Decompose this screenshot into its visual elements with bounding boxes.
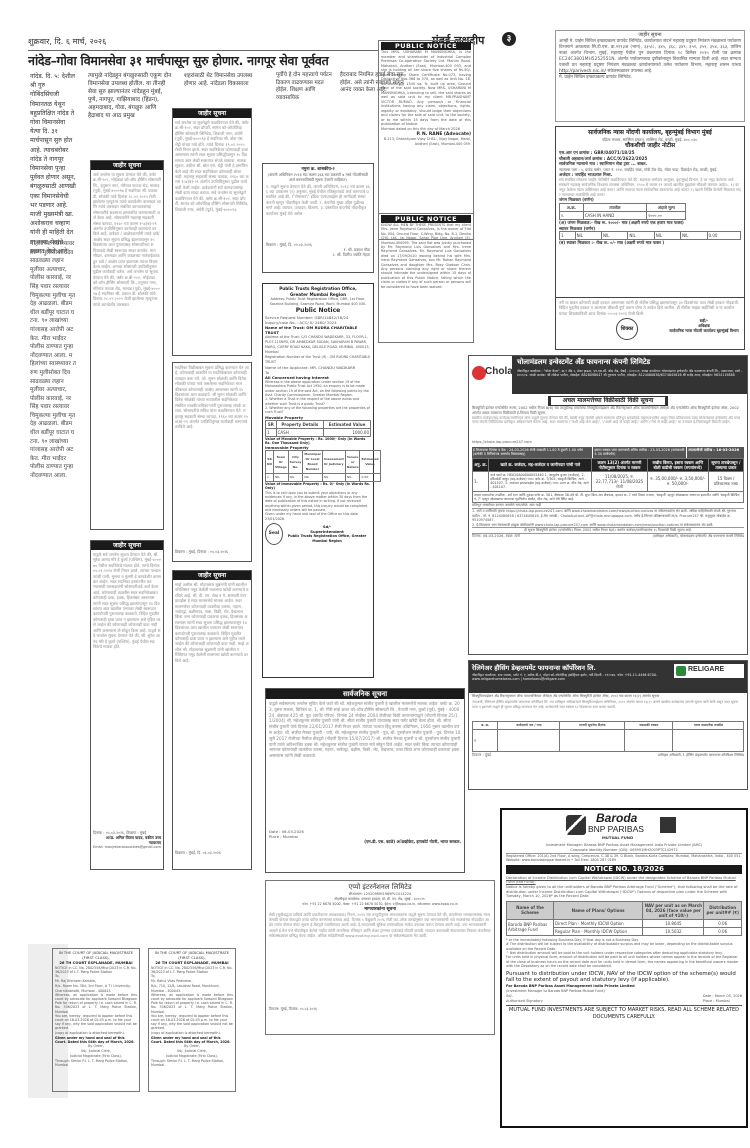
trust-marathi-movable-table: अ.क्र. तपशील अंदाजे मूल्य १. CASH IN HAN… bbox=[559, 203, 686, 220]
col-header: Property Details bbox=[276, 420, 323, 428]
plan-name: Direct Plan - Monthly IDCW Option bbox=[554, 919, 643, 927]
epl-body: सेबी (सूचीबद्धता दायित्वे आणि प्रकटीकरण … bbox=[269, 912, 491, 1007]
court-notice-number: NOTICE in CC. No. 2802558/Misc/2023 in C… bbox=[55, 966, 137, 974]
baroda-footnote-2: # The distribution will be subject to th… bbox=[506, 942, 742, 951]
col-header: अनु. क्र. bbox=[473, 458, 489, 471]
parivesh-link[interactable]: http://parivesh.nic.in/ bbox=[559, 69, 606, 74]
chola-website[interactable]: https://chola-lap.procure247.com bbox=[472, 440, 744, 445]
baroda-notice-text: Notice is hereby given to all the unitho… bbox=[506, 885, 742, 899]
court-address: R/o- Room No. 384, 3rd Floor, A T I Univ… bbox=[55, 984, 137, 992]
chola-body: खालील कर्जदार/सह-कर्जदार/जामीनदार यांना … bbox=[472, 416, 744, 440]
left-column-story: महिलांच्या स्वास्थ्यावर तरुण मुलीसोबत दि… bbox=[30, 240, 76, 870]
table-row: 1. कर्ज खाते क्र. HE01SA00000052440 1. आ… bbox=[473, 471, 744, 491]
notice-title: जाहीर सूचना bbox=[91, 161, 163, 170]
religare-logo-icon bbox=[676, 666, 686, 676]
cell: 1000.00 bbox=[323, 428, 370, 436]
cell: NIL bbox=[322, 474, 345, 482]
seal-stamp: शिक्का bbox=[616, 318, 638, 340]
public-notice-title: PUBLIC NOTICE bbox=[381, 215, 471, 223]
col-header: मागणी सूचनेचा दिनांक bbox=[560, 722, 625, 730]
form-subtitle: (कंपनी अधिनियम २०१३ च्या कलम ३६६ च्या प्… bbox=[263, 172, 373, 182]
nav-value: 10.5032 bbox=[643, 927, 704, 935]
baroda-declaration: Declaration of Income Distribution cum C… bbox=[506, 876, 742, 885]
notice-title: जाहीर सूचना bbox=[173, 109, 251, 118]
col-header: अ.क्र. bbox=[560, 203, 584, 211]
public-notice-body: KNOW ALL MEN BY THESE PRESENTS that my c… bbox=[381, 223, 471, 289]
baroda-place: Place : Mumbai bbox=[703, 999, 742, 1004]
col-header: NAV per unit as on March 04, 2026 (face … bbox=[643, 901, 704, 919]
notice-body: आम्ही मे. प्राईम सिविल इन्फ्राप्रकल्प प्… bbox=[559, 39, 741, 75]
public-notice-rane: PUBLIC NOTICE This MRS. USHARANI M MANSI… bbox=[378, 40, 474, 240]
notice-jahir-suchna-3: जाहीर सूचना सर्व जनतेस या सूचनेद्वारे कळ… bbox=[172, 108, 252, 356]
baroda-footnote-4: For units held in physical form, amount … bbox=[506, 955, 742, 968]
notice-jahir-suchna-4: सदनिका विक्रीबाबत सूचना प्रसिद्ध करण्यात… bbox=[172, 362, 252, 562]
trust-immovable-value: Value of Immovable Property : Rs. 0/- On… bbox=[265, 482, 371, 491]
trust-q2: 2. Whether any of the following properti… bbox=[265, 406, 371, 415]
trust-applicant: Name of the Applicant: MR. CHANDU WADKAR… bbox=[265, 365, 371, 370]
trust-marathi-signature-block: तरी या बाबत कोणाची काही हरकत असल्यास त्य… bbox=[555, 298, 745, 350]
trust-address-line: Address of the Trust: C/O CHANDU WADEKAR… bbox=[265, 335, 371, 355]
cell: १. bbox=[560, 211, 584, 219]
form-body: १. याद्वारे सूचना देण्यात येते की, कंपनी… bbox=[263, 182, 373, 242]
cell: 1 bbox=[266, 428, 277, 436]
baroda-brand-bottom: BNP PARIBAS bbox=[588, 824, 644, 834]
col-header: Name of the Scheme bbox=[507, 901, 554, 919]
sarvajanik-signatory: (एम.डी. एस. काळे) अॅडव्होकेट, हायकोर्ट न… bbox=[266, 839, 464, 844]
religare-footer-signer: प्राधिकृत अधिकारी, रे. हौसिंग डेव्हलपमें… bbox=[658, 753, 744, 758]
baroda-registered-office: Registered Office: 201(A) 2nd Floor, A w… bbox=[506, 854, 742, 863]
trust-public-notice: Public Trusts Registration Office, Great… bbox=[262, 283, 374, 678]
trust-movable-table: SR Property Details Estimated Value 1 CA… bbox=[265, 420, 371, 437]
notice-jahir-suchna-1: जाहीर सूचना अर्थ जनतेस या सूचना देण्यात … bbox=[90, 160, 164, 530]
court-through: Through: Senior P.I. L. T. Marg Police S… bbox=[55, 1059, 137, 1067]
lead-story-col3: शहरांसाठी थेट विमानसेवा उपलब्ध होणार आहे… bbox=[184, 72, 264, 88]
court-given: Given under my hand and seal of this Cou… bbox=[151, 1036, 233, 1044]
religare-logo: RELIGARE bbox=[674, 664, 744, 678]
notice-jahir-suchna-6: जाहीर सूचना माझे अशील श्री. मोहनलाल सुब्… bbox=[172, 570, 252, 870]
public-notice-title: PUBLIC NOTICE bbox=[381, 42, 471, 50]
epl-notice: एप्पो इंटरनॅशनल लिमिटेड सीआयएन: L25209MH… bbox=[265, 880, 495, 1035]
scheme-name: Baroda BNP Paribas Arbitrage Fund bbox=[507, 919, 554, 935]
chola-notice-title: अचल मालमत्तेच्या विक्रीसाठी विक्री सूचना bbox=[548, 396, 668, 406]
notice-body: सदनिका विक्रीबाबत सूचना प्रसिद्ध करण्यात… bbox=[173, 363, 251, 549]
col-header: तारण मालमत्तेचा तपशील bbox=[673, 722, 744, 730]
col-header: थकबाकी रक्कम bbox=[625, 722, 673, 730]
col-header: Estimated Value bbox=[360, 451, 380, 474]
col-header: City Survey No. bbox=[288, 451, 303, 474]
baroda-notice-no: NOTICE NO. 18/2026 bbox=[506, 865, 742, 874]
form-signatory-2: २. श्री. दिलीप ज्योति मेहता bbox=[263, 252, 373, 257]
cell: NIL bbox=[601, 232, 627, 240]
notice-signatory: अॅड. अनिल विजय यादव, वकील उच्च न्यायालय bbox=[91, 835, 163, 845]
lead-story-col2: त्यामुळे नांदेडहून बंगळुरुसाठी एकूण दोन … bbox=[88, 72, 172, 120]
col-header: Name of Plans/ Options bbox=[554, 901, 643, 919]
table-row: अचल मालमत्तेचा तपशील:- सर्व भाग आणि तुकड… bbox=[473, 491, 744, 503]
col-header: SR bbox=[266, 420, 277, 428]
baroda-bnp-notice: Baroda BNP PARIBAS MUTUAL FUND Investmen… bbox=[500, 808, 748, 1128]
public-notice-address: B-213, Ghanshyam Vijay CHSL., Vijay Naga… bbox=[381, 137, 471, 147]
public-notice-dated: Mumbai dated on this 6th day of March 20… bbox=[381, 127, 471, 132]
cell: 1 bbox=[266, 474, 274, 482]
baroda-auth: Authorised Signatory bbox=[506, 999, 543, 1004]
col-header: खाते क्र. कर्जदार, सह-कर्जदार व जामीनदार… bbox=[489, 458, 592, 471]
col-header: Municipal Or Local Board Number bbox=[303, 451, 322, 474]
side-story-text-repeat: महिलांच्या स्वास्थ्यावर तरुण मुलीसोबत दि… bbox=[30, 353, 76, 479]
trust-name: Name of the Trust: OM RUDRA CHARITABLE T… bbox=[265, 325, 371, 335]
lead-story-col4: पूर्वीचे हे दोन महत्त्वाचे पर्यटन ठिकाण … bbox=[276, 72, 334, 102]
cell: NIL bbox=[681, 232, 707, 240]
col-header: सूचना तारखेपासून / ताब्याचा प्रकार bbox=[708, 458, 743, 471]
trust-notice-title: Public Notice bbox=[265, 307, 371, 315]
religare-address: नोंदणीकृत कार्यालय: १ला मजला, प्लॉट नं. … bbox=[472, 673, 672, 682]
notice-footer: ठिकाण : मुंबई, दि. ०६.०३.२०२६ bbox=[173, 850, 251, 855]
trust-office: Public Trusts Registration Office, bbox=[265, 286, 371, 292]
notice-body-text-2: संकेतस्थळावर उपलब्ध आहे. bbox=[607, 69, 652, 74]
col-header: Town Or Village bbox=[274, 451, 289, 474]
religare-company: रेलिगेअर हौसिंग डेव्हलपमेंट फायनान्स कॉर… bbox=[472, 663, 596, 672]
trust-marathi-immovable-value: (ब) स्थावर मिळकत :- रोख रू. ०/- मात्र (अ… bbox=[559, 240, 741, 246]
cell: NIL bbox=[654, 232, 680, 240]
col-header: Distribution per unit## (₹) bbox=[704, 901, 742, 919]
nav-value: 10.8645 bbox=[643, 919, 704, 927]
cell bbox=[673, 730, 744, 752]
trust-office-sign: Public Trusts Registration Office, Great… bbox=[283, 534, 371, 544]
notice-email: Email: manjrekarassociates@gmail.com bbox=[91, 845, 163, 850]
cell bbox=[560, 730, 625, 752]
chola-auction-notice: Chola चोलामंडलम इन्वेस्टमेंट अँड फायनान्… bbox=[468, 355, 748, 655]
chola-signer: (प्राधिकृत अधिकारी), चोलामंडलम इन्वेस्टम… bbox=[653, 534, 744, 539]
cell bbox=[625, 730, 673, 752]
trust-closing: This is to call upon you to submit your … bbox=[265, 491, 371, 512]
trust-marathi-immovable-table: 1 NIL NIL NIL NIL NIL 0.00 bbox=[559, 231, 741, 240]
col-header: Assessment Or Judiciary bbox=[322, 451, 345, 474]
plan-name: Regular Plan - Monthly IDCW Option bbox=[554, 927, 643, 935]
baroda-idcw-table: Name of the Scheme Name of Plans/ Option… bbox=[506, 901, 742, 936]
col-header: कर्जदाराचे नाव / पत्ता bbox=[498, 722, 560, 730]
religare-body: ज्याअर्थी, रेलिगेअर हौसिंग डेव्हलपमेंट फ… bbox=[469, 700, 747, 720]
court-copy: (copy of application is attached herewit… bbox=[151, 1031, 233, 1036]
court-given: Given under my hand and seal of this Cou… bbox=[55, 1036, 137, 1044]
notice-form-shaskiya-2: नमुना क्र. शासकीय-२ (कंपनी अधिनियम २०१३ … bbox=[262, 163, 374, 273]
religare-notice-text: सिक्युरिटायझेशन अँड रिकन्स्ट्रक्शन ऑफ फा… bbox=[469, 693, 747, 700]
notice-footer: ठिकाण : मुंबई, दिनांक : ०५.०३.२०२६ bbox=[173, 549, 251, 554]
notice-prime-civil: जाहीर सूचना आम्ही मे. प्राईम सिविल इन्फ्… bbox=[555, 30, 745, 122]
public-notice-gonsalves: PUBLIC NOTICE KNOW ALL MEN BY THESE PRES… bbox=[378, 213, 474, 343]
table-row: 1 NIL NIL NIL NIL NIL 0.00 bbox=[560, 232, 741, 240]
distribution-value: 0.06 bbox=[704, 927, 742, 935]
cell: 1. bbox=[473, 471, 489, 491]
col-header: Estimated Value bbox=[323, 420, 370, 428]
col-header: Tenure or Nature bbox=[345, 451, 360, 474]
cell: NIL bbox=[303, 474, 322, 482]
trust-marathi-sign-office: सार्वजनिक न्यास नोंदणी कार्यालय बृहन्मुं… bbox=[666, 328, 742, 333]
chola-dates-bar: ई-लिलावाचा दिनांक व वेळ : 24-03-2026 रोज… bbox=[472, 447, 744, 458]
chola-date-place: दिनांक: 06.03.2026, स्थळ: ठाणे bbox=[472, 534, 520, 539]
cell bbox=[498, 730, 560, 752]
court-notice-number: NOTICE in CC. No. 2802556/Misc/2023 in C… bbox=[151, 966, 233, 974]
notice-body: याद्वारे सर्व जनतेस सूचना देण्यात येते क… bbox=[91, 550, 163, 830]
public-notice-body: This MRS. USHARANI M MANSINGHKA, is the … bbox=[381, 50, 471, 127]
side-story-text: महिलांच्या स्वास्थ्यावर तरुण मुलीसोबत दि… bbox=[30, 241, 75, 359]
baroda-logo-icon bbox=[566, 815, 586, 835]
notice-body: अर्थ जनतेस या सूचना देण्यात येते की, फ्ल… bbox=[91, 170, 163, 520]
court-appear: You are, hereby, required to appear befo… bbox=[55, 1014, 137, 1031]
auction-date: ई-लिलावाचा दिनांक व वेळ : 24-03-2026 रोज… bbox=[472, 447, 593, 458]
cell: रु. 35,00,000/- रु. 3,50,000/- रु. 50,00… bbox=[647, 471, 708, 491]
table-row: 1 CASH 1000.00 bbox=[266, 428, 371, 436]
header-date: शुक्रवार, दि. ६ मार्च, २०२६ bbox=[28, 36, 106, 47]
trust-marathi-closing: तरी या बाबत कोणाची काही हरकत असल्यास त्य… bbox=[559, 300, 741, 318]
col-header: अ. क्र. bbox=[473, 722, 498, 730]
trust-address: Address: Public Trust Registration Offic… bbox=[265, 297, 371, 307]
court-appear: You are, hereby, required to appear befo… bbox=[151, 1014, 233, 1031]
inspection-date: तपासणीची तारीख : 16-03-2026 bbox=[687, 447, 744, 458]
chola-company-name: चोलामंडलम इन्वेस्टमेंट अँड फायनान्स कंपन… bbox=[517, 358, 650, 367]
cell: NIL bbox=[288, 474, 303, 482]
sarvajanik-suchna: सार्वजनिक सूचना याद्वारे सर्वसामान्य जनत… bbox=[265, 688, 465, 873]
cell: NIL bbox=[345, 474, 360, 482]
cell: CASH IN HAND bbox=[583, 211, 646, 219]
epl-company: एप्पो इंटरनॅशनल लिमिटेड bbox=[269, 883, 491, 892]
trust-immovable-table: SR NO Town Or Village City Survey No. Mu… bbox=[265, 450, 381, 482]
table-row: १. CASH IN HAND १०००.०० bbox=[560, 211, 686, 219]
court-through: Through: Senior P.I. L. T. Marg Police S… bbox=[151, 1059, 233, 1067]
court-name: IN THE COURT OF JUDICIAL MAGISTRATE (FIR… bbox=[151, 951, 233, 961]
cell: 11/08/2025, रु. 22,77,713/- 11/08/2025 र… bbox=[592, 471, 648, 491]
form-title: नमुना क्र. शासकीय-२ bbox=[263, 164, 373, 172]
table-row: Baroda BNP Paribas Arbitrage Fund Direct… bbox=[507, 919, 742, 927]
religare-header: रेलिगेअर हौसिंग डेव्हलपमेंट फायनान्स कॉर… bbox=[469, 661, 747, 693]
trust-marathi-notice: सार्वजनिक न्यास नोंदणी कार्यालय, बृहन्मु… bbox=[555, 126, 745, 298]
epl-footer: ठिकाण: मुंबई, दिनांक: ०५.०३.२०२६ bbox=[269, 1007, 491, 1012]
religare-brand: RELIGARE bbox=[688, 666, 724, 673]
baroda-logo: Baroda BNP PARIBAS MUTUAL FUND bbox=[506, 813, 742, 841]
lead-story-col1: नांदेड. दि. ५: देशील श्री गुरु गोबिंदसिं… bbox=[30, 72, 76, 256]
baroda-pursuant: Pursuant to distribution under IDCW, NAV… bbox=[506, 971, 742, 985]
chola-terms-1: 1. अटी व शर्तींसाठी कृपया https://chola-… bbox=[472, 509, 744, 522]
baroda-brand-sub: MUTUAL FUND bbox=[602, 835, 633, 840]
table-row: १ bbox=[473, 730, 744, 752]
trust-given: Given under my hand and seal of the Offi… bbox=[265, 512, 371, 521]
cell: १०००.०० bbox=[647, 211, 686, 219]
court-name: IN THE COURT OF JUDICIAL MAGISTRATE (FIR… bbox=[55, 951, 137, 961]
trust-movable-value: Value of Movable Property : Rs. 1000/- O… bbox=[265, 437, 371, 446]
baroda-brand-top: Baroda bbox=[596, 811, 637, 825]
court-address: R/o- 710, 12/8, Lalubhai Road, Mankhurd,… bbox=[151, 984, 233, 992]
bnp-stars-icon bbox=[660, 817, 676, 833]
religare-notice: रेलिगेअर हौसिंग डेव्हलपमेंट फायनान्स कॉर… bbox=[468, 660, 748, 790]
cell: NIL bbox=[575, 232, 601, 240]
chola-logo: Chola bbox=[469, 356, 513, 394]
notice-title: जाहीर सूचना bbox=[91, 541, 163, 550]
col-header: तपशील bbox=[583, 203, 646, 211]
chola-address: नोंदणीकृत कार्यालय : "चोला केयर", क्र.१ … bbox=[517, 369, 745, 378]
cell: १ bbox=[473, 730, 498, 752]
distribution-value: 0.06 bbox=[704, 919, 742, 927]
col-header: अंदाजे मूल्य bbox=[647, 203, 686, 211]
notice-body: माझे अशील श्री. मोहनलाल सुब्रमणी यांनी ख… bbox=[173, 580, 251, 850]
trust-marathi-title: चौकशीची जाहीर नोटीस bbox=[559, 142, 741, 150]
religare-footer-place: ठिकाण : मुंबई bbox=[472, 753, 491, 758]
notice-signer: मे. प्राईम सिविल इन्फ्राप्रकल्प प्रायवेट… bbox=[559, 75, 741, 80]
cell: CASH bbox=[276, 428, 323, 436]
court-notice-1: IN THE COURT OF JUDICIAL MAGISTRATE (FIR… bbox=[52, 948, 140, 1092]
notice-body-text: आम्ही मे. प्राईम सिविल इन्फ्राप्रकल्प प्… bbox=[559, 39, 741, 68]
sarvajanik-title: सार्वजनिक सूचना bbox=[266, 689, 464, 699]
chola-logo-icon bbox=[472, 366, 486, 380]
notice-title: जाहीर सूचना bbox=[173, 571, 251, 580]
chola-auction-table: अनु. क्र. खाते क्र. कर्जदार, सह-कर्जदार … bbox=[472, 458, 744, 504]
cell: कर्ज खाते क्र. HE01SA00000052440 1. आशुत… bbox=[489, 471, 592, 491]
religare-table: अ. क्र. कर्जदाराचे नाव / पत्ता मागणी सूच… bbox=[472, 721, 744, 752]
lead-headline: नांदेड–गोवा विमानसेवा ३१ मार्चपासून सुरु… bbox=[28, 53, 378, 68]
trust-reg-number: Registration Number of the Trust (if) : … bbox=[265, 355, 371, 365]
chola-intro: सिक्युरिटी इंटरेस्ट एन्फोर्समेंट रूल्स, … bbox=[472, 406, 744, 416]
baroda-disclaimer: MUTUAL FUND INVESTMENTS ARE SUBJECT TO M… bbox=[506, 1005, 742, 1020]
emd-date: इसारा रक्कम जमा करण्याची अंतिम तारीख : 2… bbox=[593, 447, 687, 458]
col-header: राखीव किंमत, इसारा रक्कम आणि बोली वाढीची… bbox=[647, 458, 708, 471]
property-description: अचल मालमत्तेचा तपशील:- सर्व भाग आणि तुकड… bbox=[473, 491, 744, 503]
trust-whereas: Whereas in the above application under s… bbox=[265, 380, 371, 397]
trust-marathi-office: सार्वजनिक न्यास नोंदणी कार्यालय, बृहन्मु… bbox=[559, 129, 741, 137]
notice-jahir-suchna-2: जाहीर सूचना याद्वारे सर्व जनतेस सूचना दे… bbox=[90, 540, 164, 870]
cell: NIL bbox=[274, 474, 289, 482]
col-header: SR NO bbox=[266, 451, 274, 474]
seal-stamp: Seal bbox=[265, 523, 283, 545]
trust-marathi-body: सर्व संबंधित लोकांना जाहीर नोटीसीने कळवि… bbox=[559, 177, 741, 197]
court-whereas: Whereas, an application is made before t… bbox=[151, 993, 233, 1014]
cell: 1 bbox=[560, 232, 576, 240]
trust-q1: 1. Whether a Trust in the respect of the… bbox=[265, 397, 371, 406]
court-whereas: Whereas, an application is made before t… bbox=[55, 993, 137, 1014]
header-rule bbox=[28, 50, 378, 51]
cell: 0.00 bbox=[360, 474, 380, 482]
table-row: 1 NIL NIL NIL NIL NIL 0.00 bbox=[266, 474, 381, 482]
sarvajanik-body: याद्वारे सर्वसामान्य जनतेस सूचित केले जा… bbox=[266, 699, 464, 829]
court-copy: (copy of application is attached herewit… bbox=[55, 1031, 137, 1036]
court-notice-2: IN THE COURT OF JUDICIAL MAGISTRATE (FIR… bbox=[148, 948, 236, 1092]
notice-body: सर्व जनतेस या सूचनेद्वारे कळविण्यात येते… bbox=[173, 118, 251, 350]
chola-header: Chola चोलामंडलम इन्वेस्टमेंट अँड फायनान्… bbox=[469, 356, 747, 394]
page-number-badge: ३ bbox=[502, 32, 516, 46]
cell: 15 दिवस / प्रतिकात्मक ताबा bbox=[708, 471, 743, 491]
cell: NIL bbox=[628, 232, 654, 240]
col-header: कलम 13(2) अंतर्गत मागणी नोटीसनुसार दिनां… bbox=[592, 458, 648, 471]
cell: 0.00 bbox=[707, 232, 740, 240]
chola-brand: Chola bbox=[485, 366, 513, 377]
